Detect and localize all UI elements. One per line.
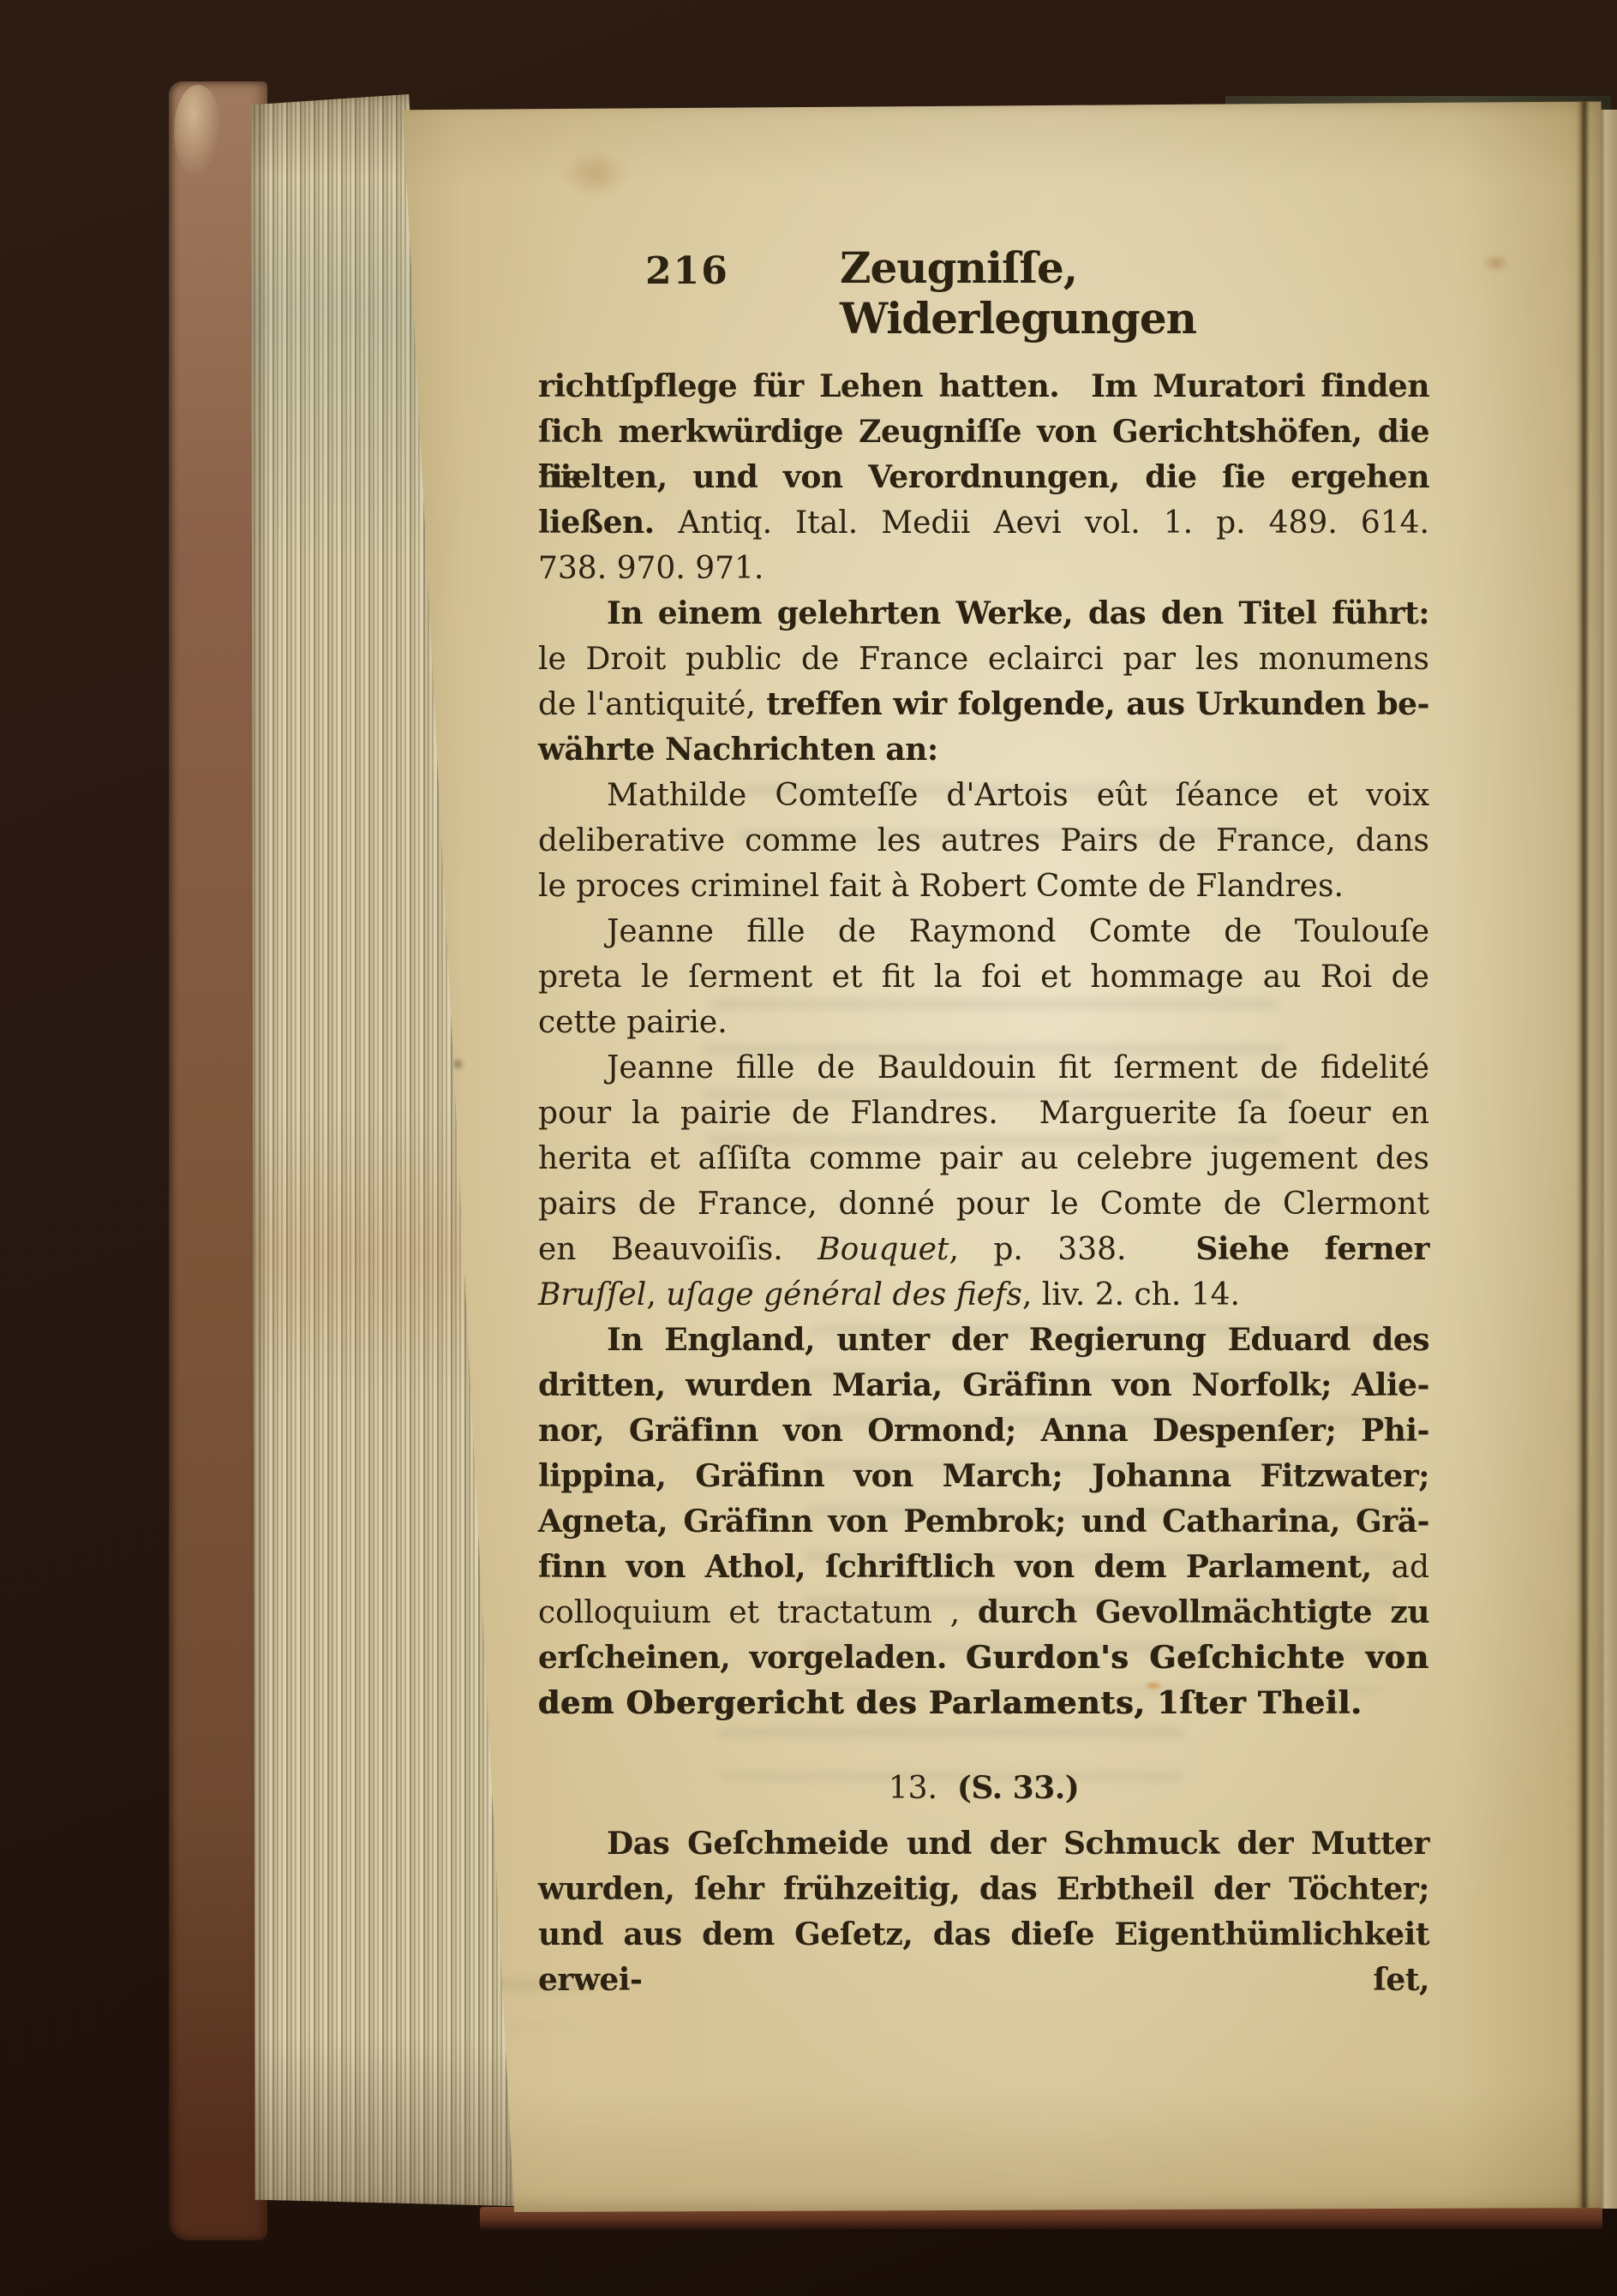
text-segment: cette pairie. [538,1005,728,1040]
text-line: Mathilde Comteſſe d'Artois eût ſéance et… [538,773,1429,818]
text-segment: finn von Athol, ſchriftlich von dem Parl… [538,1549,1391,1585]
text-line: en Beauvoiſis. Bouquet, p. 338. Siehe fe… [538,1227,1429,1272]
text-segment: 13. [889,1771,957,1806]
text-line: hielten, und von Verordnungen, die ſie e… [538,455,1429,500]
text-segment: treffen wir folgende, aus Urkunden be- [766,686,1429,722]
text-segment: colloquium et tractatum , [538,1595,978,1630]
text-segment: lippina, Gräfinn von March; Johanna Fitz… [538,1458,1429,1494]
text-segment: dritten, wurden Maria, Gräfinn von Norfo… [538,1367,1429,1403]
running-header: 216 Zeugniſſe, Widerlegungen [538,242,1429,304]
text-segment: , [646,1277,666,1312]
text-line: deliberative comme les autres Pairs de F… [538,818,1429,864]
text-segment: richtſpflege für Lehen hatten. Im Murato… [538,368,1429,404]
text-segment: 738. 970. 971. [538,551,764,586]
text-segment: pairs de France, donné pour le Comte de … [538,1187,1429,1222]
text-line: pour la pairie de Flandres. Marguerite ſ… [538,1091,1429,1136]
text-line: 13. (S. 33.) [538,1766,1429,1811]
text-line: In einem gelehrten Werke, das den Titel … [538,591,1429,637]
text-line: le Droit public de France eclairci par l… [538,637,1429,682]
text-segment: pour la pairie de Flandres. Marguerite ſ… [538,1096,1429,1131]
text-line: 738. 970. 971. [538,546,1429,591]
text-line: Bruſſel, uſage général des fiefs, liv. 2… [538,1272,1429,1318]
text-line: richtſpflege für Lehen hatten. Im Murato… [538,364,1429,410]
text-segment: Antiq. Ital. Medii Aevi vol. 1. p. 489. … [678,505,1429,541]
text-line: cette pairie. [538,1000,1429,1045]
text-segment: uſage général des fiefs [666,1277,1022,1312]
cover-corner-wear [174,85,222,179]
text-line: lippina, Gräfinn von March; Johanna Fitz… [538,1454,1429,1499]
text-block: 216 Zeugniſſe, Widerlegungen richtſpfleg… [538,242,1429,2003]
text-segment: le Droit public de France eclairci par l… [538,642,1429,677]
text-line: Jeanne fille de Bauldouin fit ſerment de… [538,1045,1429,1091]
text-segment: Bouquet [817,1232,949,1267]
text-segment: ſet, [1373,1962,1429,1998]
text-segment: dem Obergericht des Parlaments, 1ſter Th… [538,1685,1362,1721]
text-segment: durch Gevollmächtigte zu [978,1594,1429,1630]
foxing-stain [1482,254,1510,272]
foxing-stain [561,149,628,199]
text-segment: deliberative comme les autres Pairs de F… [538,823,1429,858]
text-segment: Agneta, Gräfinn von Pembrok; und Cathari… [538,1504,1429,1540]
text-line: In England, unter der Regierung Eduard d… [538,1318,1429,1363]
text-segment: le proces criminel fait à Robert Comte d… [538,869,1344,904]
book-page: 216 Zeugniſſe, Widerlegungen richtſpfleg… [377,99,1602,2212]
text-line: ſet, [538,1958,1429,2003]
text-segment: Bruſſel [538,1277,646,1312]
text-line: dem Obergericht des Parlaments, 1ſter Th… [538,1681,1429,1726]
text-line: dritten, wurden Maria, Gräfinn von Norfo… [538,1363,1429,1408]
text-segment: Jeanne fille de Bauldouin fit ſerment de… [607,1050,1429,1085]
text-line: ließen. Antiq. Ital. Medii Aevi vol. 1. … [538,500,1429,546]
body-text: richtſpflege für Lehen hatten. Im Murato… [538,364,1429,2003]
text-line: finn von Athol, ſchriftlich von dem Parl… [538,1545,1429,1590]
text-line: nor, Gräfinn von Ormond; Anna Despenſer;… [538,1408,1429,1454]
running-header-title: Zeugniſſe, Widerlegungen [840,242,1429,344]
text-segment: , p. 338. [949,1232,1195,1267]
text-line: erſcheinen, vorgeladen. Gurdon's Geſchic… [538,1635,1429,1681]
text-segment: In England, unter der Regierung Eduard d… [607,1322,1429,1358]
text-line: de l'antiquité, treffen wir folgende, au… [538,682,1429,727]
text-line: Jeanne fille de Raymond Comte de Toulouſ… [538,909,1429,954]
text-segment: erſcheinen, vorgeladen. [538,1640,966,1676]
text-segment: de l'antiquité, [538,687,766,722]
text-segment: (S. 33.) [957,1770,1079,1806]
text-segment: Gurdon's Geſchichte von [966,1640,1429,1676]
text-segment: ad [1391,1550,1429,1585]
text-line: preta le ſerment et fit la foi et hommag… [538,954,1429,1000]
text-segment: In einem gelehrten Werke, das den Titel … [607,595,1429,631]
text-line: Agneta, Gräfinn von Pembrok; und Cathari… [538,1499,1429,1545]
text-segment: nor, Gräfinn von Ormond; Anna Despenſer;… [538,1413,1429,1449]
text-line: herita et aſſiſta comme pair au celebre … [538,1136,1429,1181]
text-segment: preta le ſerment et fit la foi et hommag… [538,960,1429,995]
page-right-crease [1577,99,1589,2212]
text-segment: wurden, ſehr frühzeitig, das Erbtheil de… [538,1871,1429,1907]
text-line: Das Geſchmeide und der Schmuck der Mutte… [538,1821,1429,1867]
text-line: ſich merkwürdige Zeugniſſe von Gerichtsh… [538,410,1429,455]
text-line: colloquium et tractatum , durch Gevollmä… [538,1590,1429,1635]
page-number: 216 [645,249,729,293]
text-segment: ließen. [538,505,678,541]
text-line: pairs de France, donné pour le Comte de … [538,1181,1429,1227]
text-segment: hielten, und von Verordnungen, die ſie e… [538,459,1429,495]
text-segment: Mathilde Comteſſe d'Artois eût ſéance et… [607,778,1429,813]
text-line: und aus dem Geſetz, das dieſe Eigenthüml… [538,1912,1429,1958]
text-segment: herita et aſſiſta comme pair au celebre … [538,1141,1429,1176]
text-line: le proces criminel fait à Robert Comte d… [538,864,1429,909]
text-line: währte Nachrichten an: [538,727,1429,773]
text-segment: währte Nachrichten an: [538,732,938,768]
text-line: wurden, ſehr frühzeitig, das Erbtheil de… [538,1867,1429,1912]
text-segment: , liv. 2. ch. 14. [1022,1277,1240,1312]
text-segment: en Beauvoiſis. [538,1232,817,1267]
text-segment: Siehe ferner [1195,1231,1429,1267]
text-segment: Das Geſchmeide und der Schmuck der Mutte… [607,1826,1429,1862]
text-segment: Jeanne fille de Raymond Comte de Toulouſ… [607,914,1429,949]
scanned-book-photo: 216 Zeugniſſe, Widerlegungen richtſpfleg… [0,0,1617,2296]
